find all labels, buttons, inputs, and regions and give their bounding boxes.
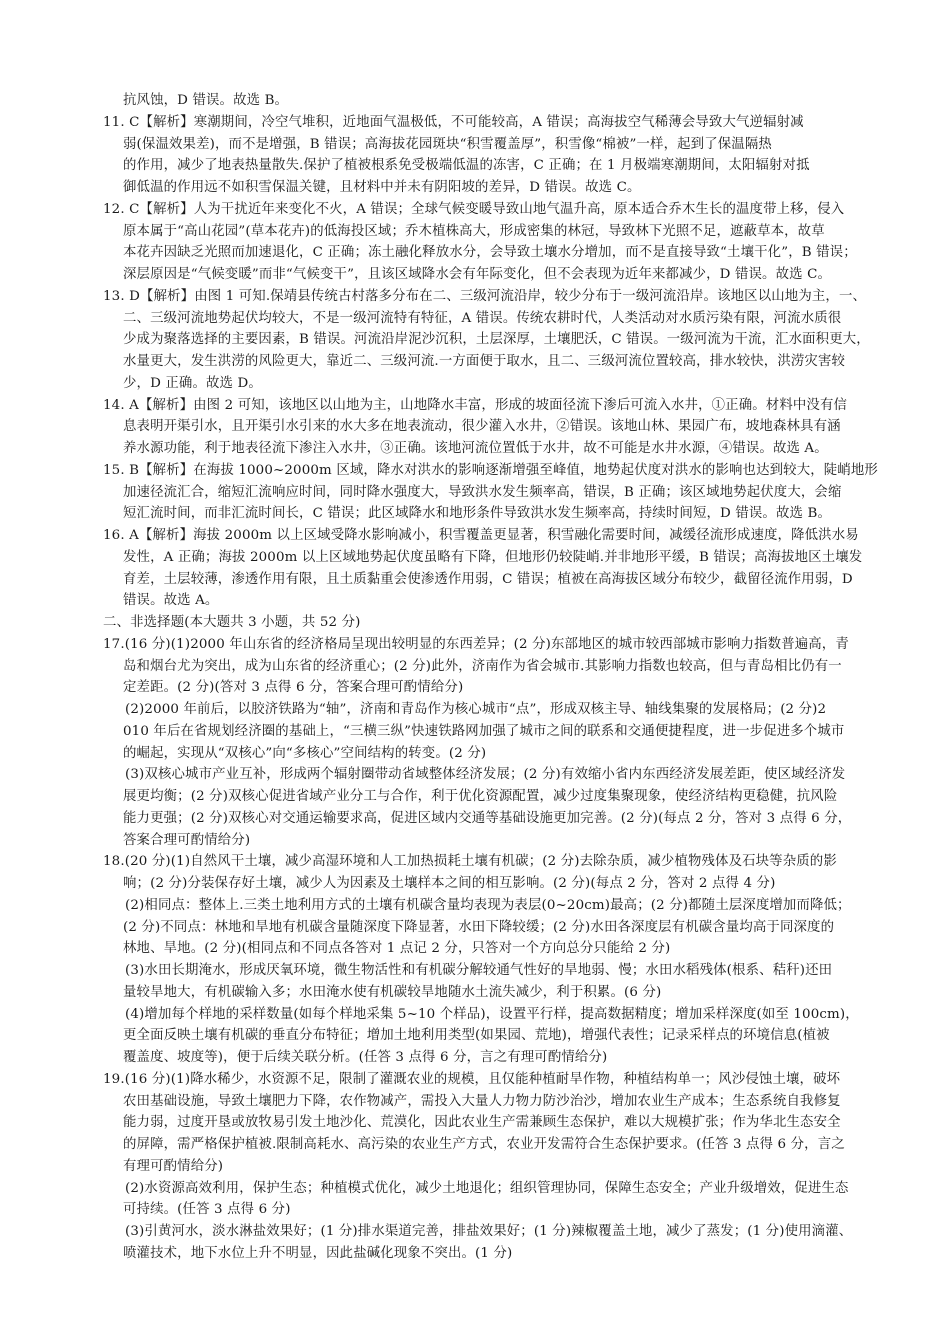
section-heading: 二、非选择题(本大题共 3 小题，共 52 分) xyxy=(103,612,853,634)
text-line: 短汇流时间，而非汇流时间长，C 错误；此区域降水和地形条件导致洪水发生频率高，持… xyxy=(103,503,853,525)
text-line: 19.(16 分)(1)降水稀少，水资源不足，限制了灌溉农业的规模，且仅能种植耐… xyxy=(103,1069,853,1091)
text-line: 13. D【解析】由图 1 可知.保靖县传统古村落多分布在二、三级河流沿岸，较少… xyxy=(103,286,853,308)
text-line: 错误。故选 A。 xyxy=(103,590,853,612)
text-line: (3)引黄河水，淡水淋盐效果好；(1 分)排水渠道完善，排盐效果好；(1 分)辣… xyxy=(103,1221,853,1243)
text-line: 12. C【解析】人为干扰近年来变化不火，A 错误；全球气候变暖导致山地气温升高… xyxy=(103,199,853,221)
text-line: 加速径流汇合，缩短汇流响应时间，同时降水强度大，导致洪水发生频率高，错误，B 正… xyxy=(103,482,853,504)
text-line: 的屏障，需严格保护植被.限制高耗水、高污染的农业生产方式，农业开发需符合生态保护… xyxy=(103,1134,853,1156)
text-line: 弱(保温效果差)，而不是增强，B 错误；高海拔花园斑块“积雪覆盖厚”，积雪像“棉… xyxy=(103,134,853,156)
text-line: 抗风蚀，D 错误。故选 B。 xyxy=(103,90,853,112)
text-line: 御低温的作用远不如积雪保温关键，且材料中并未有阴阳坡的差异，D 错误。故选 C。 xyxy=(103,177,853,199)
text-line: 更全面反映土壤有机碳的垂直分布特征；增加土地利用类型(如果园、荒地)，增强代表性… xyxy=(103,1025,853,1047)
text-line: 林地、旱地。(2 分)(相同点和不同点各答对 1 点记 2 分，只答对一个方向总… xyxy=(103,938,853,960)
text-line: (3)双核心城市产业互补，形成两个辐射圈带动省域整体经济发展；(2 分)有效缩小… xyxy=(103,764,853,786)
text-line: 有理可酌情给分) xyxy=(103,1156,853,1178)
text-line: (2)2000 年前后，以胶济铁路为“轴”，济南和青岛作为核心城市“点”，形成双… xyxy=(103,699,853,721)
text-line: 本花卉因缺乏光照而加速退化，C 正确；冻土融化释放水分，会导致土壤水分增加，而不… xyxy=(103,242,853,264)
text-line: (2 分)不同点：林地和旱地有机碳含量随深度下降显著，水田下降较缓；(2 分)水… xyxy=(103,917,853,939)
text-line: 覆盖度、坡度等)，便于后续关联分析。(任答 3 点得 6 分，言之有理可酌情给分… xyxy=(103,1047,853,1069)
text-line: 答案合理可酌情给分) xyxy=(103,830,853,852)
text-line: 二、三级河流地势起伏均较大，不是一级河流特有特征，A 错误。传统农耕时代，人类活… xyxy=(103,308,853,330)
text-line: 水量更大，发生洪涝的风险更大，靠近二、三级河流.一方面便于取水，且二、三级河流位… xyxy=(103,351,853,373)
text-line: 深层原因是“气候变暖”而非“气候变干”，且该区域降水会有年际变化，但不会表现为近… xyxy=(103,264,853,286)
text-line: (4)增加每个样地的采样数量(如每个样地采集 5~10 个样品)，设置平行样，提… xyxy=(103,1004,853,1026)
text-line: 息表明开渠引水，且开渠引水引来的水大多在地表流动，很少灌入水井，②错误。该地山林… xyxy=(103,416,853,438)
text-line: 养水源功能，利于地表径流下渗注入水井，③正确。该地河流位置低于水井，故不可能是水… xyxy=(103,438,853,460)
text-line: (2)水资源高效利用，保护生态；种植模式优化，减少土地退化；组织管理协同，保障生… xyxy=(103,1178,853,1200)
text-line: 展更均衡；(2 分)双核心促进省域产业分工与合作，利于优化资源配置，减少过度集聚… xyxy=(103,786,853,808)
text-line: 能力弱，过度开垦或放牧易引发土地沙化、荒漠化，因此农业生产需兼顾生态保护，难以大… xyxy=(103,1112,853,1134)
text-line: 少，D 正确。故选 D。 xyxy=(103,373,853,395)
text-line: 原本属于“高山花园”(草本花卉)的低海投区域；乔木植株高大，形成密集的林冠，导致… xyxy=(103,221,853,243)
text-line: 11. C【解析】寒潮期间，冷空气堆积，近地面气温极低，不可能较高，A 错误；高… xyxy=(103,112,853,134)
text-line: 喷灌技术，地下水位上升不明显，因此盐碱化现象不突出。(1 分) xyxy=(103,1243,853,1265)
text-line: (2)相同点：整体上.三类土地利用方式的土壤有机碳含量均表现为表层(0~20cm… xyxy=(103,895,853,917)
text-line: 定差距。(2 分)(答对 3 点得 6 分，答案合理可酌情给分) xyxy=(103,677,853,699)
text-line: 量较旱地大，有机碳输入多；水田淹水使有机碳较旱地随水土流失减少，利于积累。(6 … xyxy=(103,982,853,1004)
text-line: (3)水田长期淹水，形成厌氧环境，微生物活性和有机碳分解较通气性好的旱地弱、慢；… xyxy=(103,960,853,982)
text-line: 少成为聚落选择的主要因素，B 错误。河流沿岸泥沙沉积，土层深厚，土壤肥沃，C 错… xyxy=(103,329,853,351)
text-line: 16. A【解析】海拔 2000m 以上区域受降水影响减小，积雪覆盖更显著，积雪… xyxy=(103,525,853,547)
text-line: 响；(2 分)分装保存好土壤，减少人为因素及土壤样本之间的相互影响。(2 分)(… xyxy=(103,873,853,895)
text-line: 17.(16 分)(1)2000 年山东省的经济格局呈现出较明显的东西差异；(2… xyxy=(103,634,853,656)
text-line: 14. A【解析】由图 2 可知，该地区以山地为主，山地降水丰富，形成的坡面径流… xyxy=(103,395,853,417)
text-line: 能力更强；(2 分)双核心对交通运输要求高，促进区域内交通等基础设施更加完善。(… xyxy=(103,808,853,830)
answer-key-page: 抗风蚀，D 错误。故选 B。11. C【解析】寒潮期间，冷空气堆积，近地面气温极… xyxy=(0,0,950,1343)
text-line: 农田基础设施，导致土壤肥力下降，农作物减产，需投入大量人力物力防沙治沙，增加农业… xyxy=(103,1091,853,1113)
text-line: 的作用，减少了地表热量散失.保护了植被根系免受极端低温的冻害，C 正确；在 1 … xyxy=(103,155,853,177)
text-line: 发性，A 正确；海拔 2000m 以上区域地势起伏度虽略有下降，但地形仍较陡峭.… xyxy=(103,547,853,569)
answer-key-content: 抗风蚀，D 错误。故选 B。11. C【解析】寒潮期间，冷空气堆积，近地面气温极… xyxy=(103,90,853,1265)
text-line: 岛和烟台尤为突出，成为山东省的经济重心；(2 分)此外，济南作为省会城市.其影响… xyxy=(103,656,853,678)
text-line: 育差，土层较薄，渗透作用有限，且土质黏重会使渗透作用弱，C 错误；植被在高海拔区… xyxy=(103,569,853,591)
text-line: 的崛起，实现从“双核心”向“多核心”空间结构的转变。(2 分) xyxy=(103,743,853,765)
text-line: 18.(20 分)(1)自然风干土壤，减少高湿环境和人工加热损耗土壤有机碳；(2… xyxy=(103,851,853,873)
text-line: 可持续。(任答 3 点得 6 分) xyxy=(103,1199,853,1221)
text-line: 15. B【解析】在海拔 1000~2000m 区域，降水对洪水的影响逐渐增强至… xyxy=(103,460,853,482)
text-line: 010 年后在省规划经济圈的基础上，“三横三纵”快速铁路网加强了城市之间的联系和… xyxy=(103,721,853,743)
